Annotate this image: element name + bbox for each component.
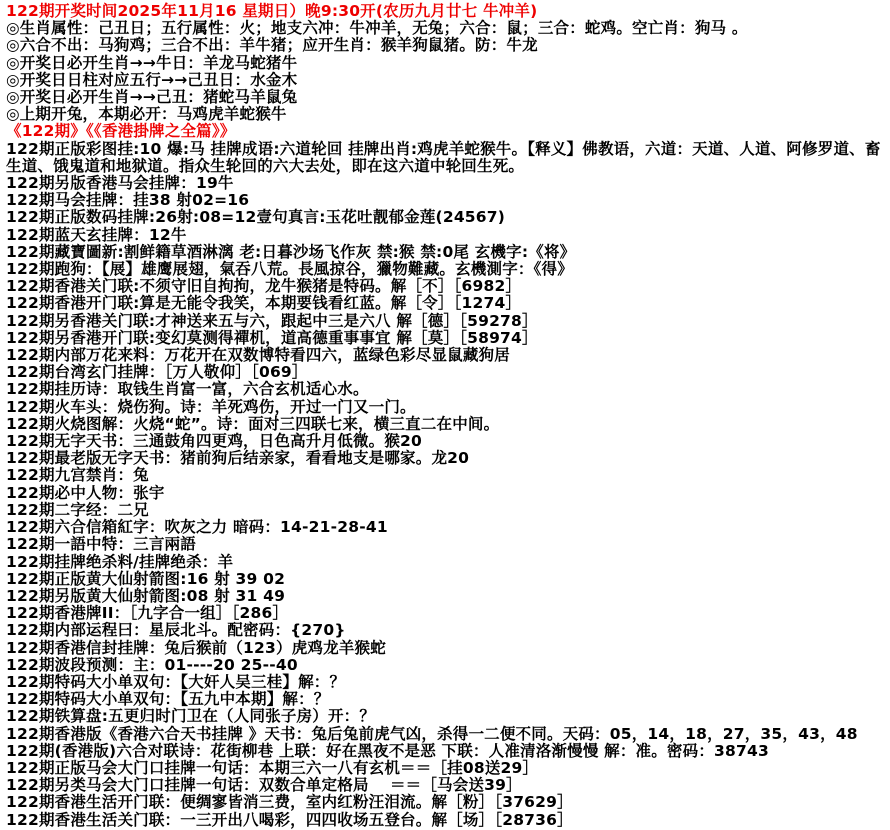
section-title: 《122期》《《香港掛牌之全篇》》 (6, 123, 886, 140)
fire-diagram-line: 122期火烧图解：火烧“蛇”。诗：面对三四联七来，横三直二在中间。 (6, 416, 886, 433)
one-phrase-special-line: 122期一語中特：三言兩語 (6, 536, 886, 553)
calendar-poem-line: 122期挂历诗：取钱生肖富一富，六合玄机适心水。 (6, 381, 886, 398)
five-elements-line: ◎开奖日日柱对应五行→→己丑日：水金木 (6, 72, 886, 89)
must-open-zodiac-line: ◎开奖日必开生肖→→牛日：羊龙马蛇猪牛 (6, 55, 886, 72)
blue-sky-line: 122期蓝天玄挂牌：12牛 (6, 227, 886, 244)
alt-hk-open-couplet-line: 122期另香港开门联:变幻莫测得禪机，道高德重事事宜 解［莫］［58974］ (6, 330, 886, 347)
hk-life-open-couplet-line: 122期香港生活开门联：便绸寥皆消三费，室内红粉汪泪流。解［粉］［37629］ (6, 794, 886, 811)
zodiac-attribute-line: ◎生肖属性：己丑日；五行属性：火；地支六冲：牛冲羊，无兔；六合：鼠；三合：蛇鸡。… (6, 20, 886, 37)
alt-gate-board-line: 122期另类马会大门口挂牌一句话：双数合单定格局 ＝＝［马会送39］ (6, 777, 886, 794)
treasure-map-line: 122期藏寶圖新:割鲜籍草酒淋漓 老:日暮沙场飞作灰 禁:猴 禁:0尾 玄機字:… (6, 244, 886, 261)
wordless-book-line: 122期无字天书：三通鼓角四更鸡，日色高升月低微。猴20 (6, 433, 886, 450)
must-open-zodiac-line-2: ◎开奖日必开生肖→→己丑：猪蛇马羊鼠兔 (6, 89, 886, 106)
gate-board-line: 122期正版马会大门口挂牌一句话：本期三六一八有玄机＝＝［挂08送29］ (6, 760, 886, 777)
must-hit-person-line: 122期必中人物：张宇 (6, 485, 886, 502)
hk-open-couplet-line: 122期香港开门联:算是无能令我笑，本期要钱看红蓝。解［令］［1274］ (6, 295, 886, 312)
special-size-line-2: 122期特码大小单双句：【五九中本期】解：？ (6, 691, 886, 708)
inner-wanhua-line: 122期内部万花来料：万花开在双数博特看四六，蓝绿色彩尽显鼠藏狗居 (6, 347, 886, 364)
two-word-classic-line: 122期二字经：二兄 (6, 502, 886, 519)
alt-hk-jockey-line: 122期另版香港马会挂牌：19牛 (6, 175, 886, 192)
taiwan-xuanmen-line: 122期台湾玄门挂牌：［万人敬仰］［069］ (6, 364, 886, 381)
jiugong-forbidden-line: 122期九宫禁肖：兔 (6, 467, 886, 484)
hk-close-couplet-line: 122期香港关门联:不须守旧自拘拘，龙牛猴猪是特码。解［不］［6982］ (6, 278, 886, 295)
oldest-wordless-book-line: 122期最老版无字天书：猪前狗后结亲家，看看地支是哪家。龙20 (6, 450, 886, 467)
lottery-tips-page: 122期开奖时间2025年11月16 星期日）晚9:30开(农历九月廿七 牛冲羊… (0, 0, 890, 830)
running-dog-line: 122期跑狗：【展】雄鹰展翅，氣吞八荒。長風掠谷，獵物難藏。玄機測字：《得》 (6, 261, 886, 278)
alt-huang-daxian-line: 122期另版黄大仙射箭图:08 射 31 49 (6, 588, 886, 605)
tips-list: 122期开奖时间2025年11月16 星期日）晚9:30开(农历九月廿七 牛冲羊… (6, 3, 886, 829)
last-period-line: ◎上期开兔，本期必开：马鸡虎羊蛇猴牛 (6, 106, 886, 123)
draw-time-header: 122期开奖时间2025年11月16 星期日）晚9:30开(农历九月廿七 牛冲羊… (6, 3, 886, 20)
iron-abacus-line: 122期铁算盘:五更归时门卫在（人同张子房）开：？ (6, 708, 886, 725)
liuhe-exclude-line: ◎六合不出：马狗鸡；三合不出：羊牛猪；应开生肖：猴羊狗鼠猪。防：牛龙 (6, 37, 886, 54)
huang-daxian-line: 122期正版黄大仙射箭图:16 射 39 02 (6, 571, 886, 588)
board-kill-line: 122期挂牌绝杀料/挂牌绝杀：羊 (6, 554, 886, 571)
inner-fortune-line: 122期内部运程曰：星辰北斗。配密码：{270} (6, 622, 886, 639)
jockey-club-line: 122期马会挂牌：挂38 射02=16 (6, 192, 886, 209)
mailbox-red-word-line: 122期六合信箱紅字：吹灰之力 暗码：14-21-28-41 (6, 519, 886, 536)
hk-board-ii-line: 122期香港牌II：［九字合一组］［286］ (6, 605, 886, 622)
hk-life-close-couplet-line: 122期香港生活关门联：一三开出八喝彩，四四收场五登台。解［场］［28736］ (6, 812, 886, 829)
color-chart-line: 122期正版彩图挂:10 爆:马 挂牌成语:六道轮回 挂牌出肖:鸡虎羊蛇猴牛。【… (6, 141, 886, 175)
alt-hk-close-couplet-line: 122期另香港关门联:才神送来五与六，跟起中三是六八 解［德］［59278］ (6, 313, 886, 330)
wave-prediction-line: 122期波段预测：主：01----20 25--40 (6, 657, 886, 674)
hk-heaven-book-line: 122期香港版《香港六合天书挂牌 》天书：兔后兔前虎气凶，杀得一二便不同。天码：… (6, 726, 886, 743)
hk-envelope-line: 122期香港信封挂牌：兔后猴前（123）虎鸡龙羊猴蛇 (6, 640, 886, 657)
train-head-line: 122期火车头：烧伤狗。诗：羊死鸡伤，开过一门又一门。 (6, 399, 886, 416)
special-size-line-1: 122期特码大小单双句：【大奸人吴三桂】解：？ (6, 674, 886, 691)
hk-couplet-poem-line: 122期(香港版)六合对联诗：花街柳巷 上联：好在黑夜不是恶 下联：人准清洛渐慢… (6, 743, 886, 760)
digital-board-line: 122期正版数码挂牌:26射:08=12壹句真言:玉花吐靓郁金莲(24567) (6, 209, 886, 226)
